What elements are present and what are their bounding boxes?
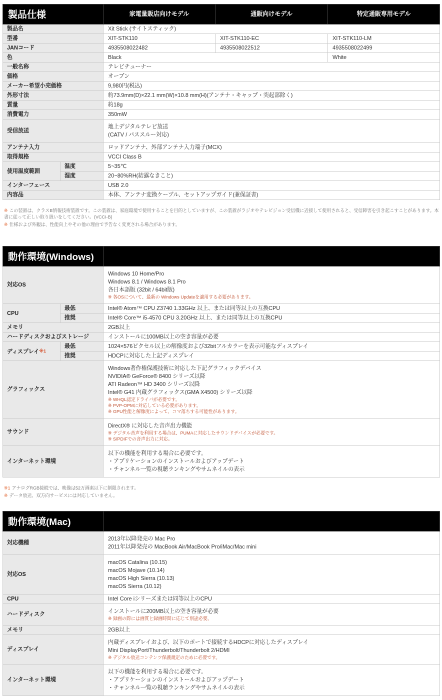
row-label: アンテナ入力 — [3, 143, 104, 153]
row-value: 5~35℃ — [103, 162, 440, 172]
table-row: 製品名 Xit Stick (サイトスティック) — [3, 24, 440, 34]
table-row: インターネット環境 以下の機能を利用する場合に必要です。 ・アプリケーションのイ… — [3, 446, 440, 478]
table-row: 価格 オープン — [3, 72, 440, 82]
row-value: Intel® Atom™ CPU Z3740 1.33GHz 以上、または同等以… — [103, 304, 440, 314]
row-value: DirectX® に対応した音声出力機能 ※ デジタル音声を利用する場合は、PU… — [103, 418, 440, 446]
value-line: ・アプリケーションのインストールおよびアップデート — [108, 676, 435, 684]
row-label-text: ディスプレイ — [7, 349, 39, 355]
mac-requirements-table: 動作環境(Mac) 対応機種 2013年以降発売の Mac Pro 2011年以… — [3, 511, 441, 696]
table-row: インターネット環境 以下の機能を利用する場合に必要です。 ・アプリケーションのイ… — [3, 664, 440, 696]
footnote: ※データ放送、双方向サービスには対応していません。 — [4, 493, 440, 500]
row-sublabel: 推奨 — [60, 351, 103, 361]
value-note: ※ GPU性能と解像度によって、コマ落ちする可能性があります。 — [108, 409, 435, 415]
row-value: USB 2.0 — [103, 181, 440, 191]
mac-table-title: 動作環境(Mac) — [3, 511, 104, 531]
value-line: macOS High Sierra (10.13) — [108, 575, 435, 583]
row-value: オープン — [103, 72, 440, 82]
row-label: ディスプレイ — [3, 635, 104, 665]
value-line: Intel® G41 内蔵グラフィックス(GMA X4500) シリーズ以降 — [108, 389, 435, 397]
row-value: 約73.9mm(D)×22.1 mm(W)×10.8 mm(H)(アンテナ・キャ… — [103, 91, 440, 101]
value-line: 2011年以降発売の MacBook Air/MacBook Pro/iMac/… — [108, 543, 435, 551]
value-line: Windows 8.1 / Windows 8.1 Pro — [108, 278, 435, 286]
row-label: メモリ — [3, 323, 104, 333]
table-row: JANコード 4935508022482 4935508022512 49355… — [3, 43, 440, 53]
row-label: メーカー希望小売価格 — [3, 81, 104, 91]
table-header-row: 製品仕様 家電量販店向けモデル 通販向けモデル 特定通販専用モデル — [3, 4, 440, 24]
row-value: 9,980円(税込) — [103, 81, 440, 91]
windows-footnotes: ※1アナログRGB接続では、映像は52万画素以下に制限されます。 ※データ放送、… — [4, 485, 440, 499]
value-line: DirectX® に対応した音声出力機能 — [108, 422, 435, 430]
value-line: macOS Catalina (10.15) — [108, 559, 435, 567]
value-line: 各日本語版 (32bit / 64bit版) — [108, 286, 435, 294]
row-label: JANコード — [3, 43, 104, 53]
row-label: グラフィックス — [3, 361, 104, 419]
product-table-title: 製品仕様 — [3, 4, 104, 24]
value-line: ・チャンネル一覧の視聴ランキングやサムネイルの表示 — [108, 684, 435, 692]
row-value: XIT-STK110-EC — [215, 34, 328, 44]
row-value: XIT-STK110 — [103, 34, 215, 44]
row-value: Black — [103, 53, 328, 63]
table-row: 取得規格 VCCI Class B — [3, 152, 440, 162]
row-value: VCCI Class B — [103, 152, 440, 162]
value-note: ※ デジタル放送コンテンツ保護規定のために必要です。 — [108, 655, 435, 661]
spec-page: 製品仕様 家電量販店向けモデル 通販向けモデル 特定通販専用モデル 製品名 Xi… — [0, 0, 442, 700]
row-label: 価格 — [3, 72, 104, 82]
row-label: 対応OS — [3, 555, 104, 595]
row-value: HDCPに対応した上記ディスプレイ — [103, 351, 440, 361]
footnote-text: 仕様および外観は、性能向上やその他の理由で予告なく変更される場合があります。 — [9, 222, 180, 227]
row-value: インストールに200MB以上の空き容量が必要 ※ 録画の際には画質と録画時間に応… — [103, 604, 440, 626]
value-line: インストールに200MB以上の空き容量が必要 — [108, 608, 435, 616]
row-label: 型番 — [3, 34, 104, 44]
row-value: 以下の機能を利用する場合に必要です。 ・アプリケーションのインストールおよびアッ… — [103, 664, 440, 696]
value-line: 内蔵ディスプレイおよび、以下のポートで接続するHDCPに対応したディスプレイ — [108, 639, 435, 647]
footnote-text: データ放送、双方向サービスには対応していません。 — [9, 493, 117, 498]
row-sublabel: 推奨 — [60, 313, 103, 323]
table-row: 推奨 HDCPに対応した上記ディスプレイ — [3, 351, 440, 361]
footnote: ※この装置は、クラスB情報技術装置です。この装置は、家庭環境で使用することを目的… — [4, 208, 440, 221]
value-line: macOS Mojave (10.14) — [108, 567, 435, 575]
table-row: メモリ 2GB以上 — [3, 625, 440, 635]
table-row: 質量 約18g — [3, 100, 440, 110]
column-header-mailorder: 通販向けモデル — [215, 4, 328, 24]
footnote: ※仕様および外観は、性能向上やその他の理由で予告なく変更される場合があります。 — [4, 222, 440, 229]
row-label: 外形寸法 — [3, 91, 104, 101]
table-row: メーカー希望小売価格 9,980円(税込) — [3, 81, 440, 91]
row-value: Xit Stick (サイトスティック) — [103, 24, 440, 34]
table-row: インターフェース USB 2.0 — [3, 181, 440, 191]
row-label: インターフェース — [3, 181, 104, 191]
row-label: 一般名称 — [3, 62, 104, 72]
table-row: CPU 最低 Intel® Atom™ CPU Z3740 1.33GHz 以上… — [3, 304, 440, 314]
value-line: NVIDIA® GeForce® 8400 シリーズ以降 — [108, 373, 435, 381]
value-note: ※ 録画の際には画質と録画時間に応じて別途必要。 — [108, 616, 435, 622]
row-value: 350mW — [103, 110, 440, 120]
value-line: Windows著作権保護技術に対応した下記グラフィックデバイス — [108, 365, 435, 373]
row-value: XIT-STK110-LM — [328, 34, 440, 44]
row-value: 2013年以降発売の Mac Pro 2011年以降発売の MacBook Ai… — [103, 531, 440, 555]
row-label: 対応機種 — [3, 531, 104, 555]
row-sublabel: 最低 — [60, 342, 103, 352]
value-line: Mini DisplayPort/Thunderbolt/Thunderbolt… — [108, 647, 435, 655]
row-value: 地上デジタルテレビ放送 (CATV / パススルー対応) — [103, 119, 440, 143]
product-footnotes: ※この装置は、クラスB情報技術装置です。この装置は、家庭環境で使用することを目的… — [4, 208, 440, 229]
column-header-special: 特定通販専用モデル — [328, 4, 440, 24]
row-label: サウンド — [3, 418, 104, 446]
row-value: 2GB以上 — [103, 323, 440, 333]
footnote: ※1アナログRGB接続では、映像は52万画素以下に制限されます。 — [4, 485, 440, 492]
product-spec-table: 製品仕様 家電量販店向けモデル 通販向けモデル 特定通販専用モデル 製品名 Xi… — [3, 4, 441, 200]
table-row: ディスプレイ 内蔵ディスプレイおよび、以下のポートで接続するHDCPに対応したデ… — [3, 635, 440, 665]
header-spacer — [103, 246, 440, 266]
table-row: 湿度 20~80%RH(結露なきこと) — [3, 171, 440, 181]
row-value: 4935508022512 — [215, 43, 328, 53]
footnote-text: この装置は、クラスB情報技術装置です。この装置は、家庭環境で使用することを目的と… — [4, 208, 439, 220]
value-line: macOS Sierra (10.12) — [108, 583, 435, 591]
table-header-row: 動作環境(Windows) — [3, 246, 440, 266]
row-value: 4935508022499 — [328, 43, 440, 53]
row-label: 受信放送 — [3, 119, 104, 143]
column-header-retail: 家電量販店向けモデル — [103, 4, 215, 24]
table-row: 内容品 本体、アンテナ変換ケーブル、セットアップガイド(兼保証書) — [3, 190, 440, 200]
table-row: サウンド DirectX® に対応した音声出力機能 ※ デジタル音声を利用する場… — [3, 418, 440, 446]
row-value: ロッドアンテナ、外部アンテナ入力端子(MCX) — [103, 143, 440, 153]
value-line: (CATV / パススルー対応) — [108, 131, 435, 139]
table-row: 消費電力 350mW — [3, 110, 440, 120]
row-label: CPU — [3, 304, 61, 323]
row-label: 質量 — [3, 100, 104, 110]
table-row: CPU Intel Core iシリーズまたは同等以上のCPU — [3, 594, 440, 604]
row-value: 以下の機能を利用する場合に必要です。 ・アプリケーションのインストールおよびアッ… — [103, 446, 440, 478]
row-value: 本体、アンテナ変換ケーブル、セットアップガイド(兼保証書) — [103, 190, 440, 200]
value-line: 以下の機能を利用する場合に必要です。 — [108, 450, 435, 458]
row-value: Windows 10 Home/Pro Windows 8.1 / Window… — [103, 266, 440, 304]
table-row: 対応OS macOS Catalina (10.15) macOS Mojave… — [3, 555, 440, 595]
row-label: 使用温度範囲 — [3, 162, 61, 181]
table-row: アンテナ入力 ロッドアンテナ、外部アンテナ入力端子(MCX) — [3, 143, 440, 153]
table-row: 使用温度範囲 温度 5~35℃ — [3, 162, 440, 172]
row-label: 消費電力 — [3, 110, 104, 120]
row-value: macOS Catalina (10.15) macOS Mojave (10.… — [103, 555, 440, 595]
row-label: インターネット環境 — [3, 446, 104, 478]
value-note: ※ 各OSについて、最新の Windows Updateを適用する必要があります… — [108, 294, 435, 300]
row-value: Intel Core iシリーズまたは同等以上のCPU — [103, 594, 440, 604]
row-sublabel: 湿度 — [60, 171, 103, 181]
table-row: 型番 XIT-STK110 XIT-STK110-EC XIT-STK110-L… — [3, 34, 440, 44]
table-row: 対応OS Windows 10 Home/Pro Windows 8.1 / W… — [3, 266, 440, 304]
row-label: ハードディスクおよびストレージ — [3, 332, 104, 342]
row-label: 内容品 — [3, 190, 104, 200]
table-row: メモリ 2GB以上 — [3, 323, 440, 333]
footnote-text: アナログRGB接続では、映像は52万画素以下に制限されます。 — [12, 486, 139, 491]
row-label: CPU — [3, 594, 104, 604]
value-line: ATI Radeon™ HD 3400 シリーズ以降 — [108, 381, 435, 389]
row-label: 対応OS — [3, 266, 104, 304]
value-line: 地上デジタルテレビ放送 — [108, 123, 435, 131]
windows-requirements-table: 動作環境(Windows) 対応OS Windows 10 Home/Pro W… — [3, 246, 441, 478]
value-note: ※ S/PDIFでの音声出力に対応。 — [108, 436, 435, 442]
row-label-note-ref: ※1 — [39, 348, 46, 353]
table-row: ハードディスクおよびストレージ インストールに100MB以上の空き容量が必要 — [3, 332, 440, 342]
value-line: ・アプリケーションのインストールおよびアップデート — [108, 458, 435, 466]
row-label: 製品名 — [3, 24, 104, 34]
value-line: ・チャンネル一覧の視聴ランキングやサムネイルの表示 — [108, 466, 435, 474]
windows-table-title: 動作環境(Windows) — [3, 246, 104, 266]
table-row: 外形寸法 約73.9mm(D)×22.1 mm(W)×10.8 mm(H)(アン… — [3, 91, 440, 101]
row-label: 色 — [3, 53, 104, 63]
value-line: Windows 10 Home/Pro — [108, 270, 435, 278]
table-row: ディスプレイ※1 最低 1024×576ピクセル以上の解像度および32bitフル… — [3, 342, 440, 352]
table-row: グラフィックス Windows著作権保護技術に対応した下記グラフィックデバイス … — [3, 361, 440, 419]
table-row: ハードディスク インストールに200MB以上の空き容量が必要 ※ 録画の際には画… — [3, 604, 440, 626]
row-value: 4935508022482 — [103, 43, 215, 53]
row-value: テレビチューナー — [103, 62, 440, 72]
row-value: インストールに100MB以上の空き容量が必要 — [103, 332, 440, 342]
row-sublabel: 最低 — [60, 304, 103, 314]
footnote-mark: ※1 — [4, 486, 12, 491]
row-value: 2GB以上 — [103, 625, 440, 635]
row-label: メモリ — [3, 625, 104, 635]
row-label: 取得規格 — [3, 152, 104, 162]
row-value: White — [328, 53, 440, 63]
row-label: ハードディスク — [3, 604, 104, 626]
row-value: 20~80%RH(結露なきこと) — [103, 171, 440, 181]
table-row: 一般名称 テレビチューナー — [3, 62, 440, 72]
row-label: インターネット環境 — [3, 664, 104, 696]
row-value: 1024×576ピクセル以上の解像度および32bitフルカラーを表示可能なディス… — [103, 342, 440, 352]
row-value: 内蔵ディスプレイおよび、以下のポートで接続するHDCPに対応したディスプレイ M… — [103, 635, 440, 665]
table-row: 色 Black White — [3, 53, 440, 63]
table-row: 受信放送 地上デジタルテレビ放送 (CATV / パススルー対応) — [3, 119, 440, 143]
value-line: 2013年以降発売の Mac Pro — [108, 535, 435, 543]
table-row: 推奨 Intel® Core™ i5-4570 CPU 3.20GHz 以上、ま… — [3, 313, 440, 323]
row-sublabel: 温度 — [60, 162, 103, 172]
table-row: 対応機種 2013年以降発売の Mac Pro 2011年以降発売の MacBo… — [3, 531, 440, 555]
row-value: Intel® Core™ i5-4570 CPU 3.20GHz 以上、または同… — [103, 313, 440, 323]
row-value: 約18g — [103, 100, 440, 110]
table-header-row: 動作環境(Mac) — [3, 511, 440, 531]
row-label: ディスプレイ※1 — [3, 342, 61, 361]
value-line: 以下の機能を利用する場合に必要です。 — [108, 668, 435, 676]
header-spacer — [103, 511, 440, 531]
row-value: Windows著作権保護技術に対応した下記グラフィックデバイス NVIDIA® … — [103, 361, 440, 419]
